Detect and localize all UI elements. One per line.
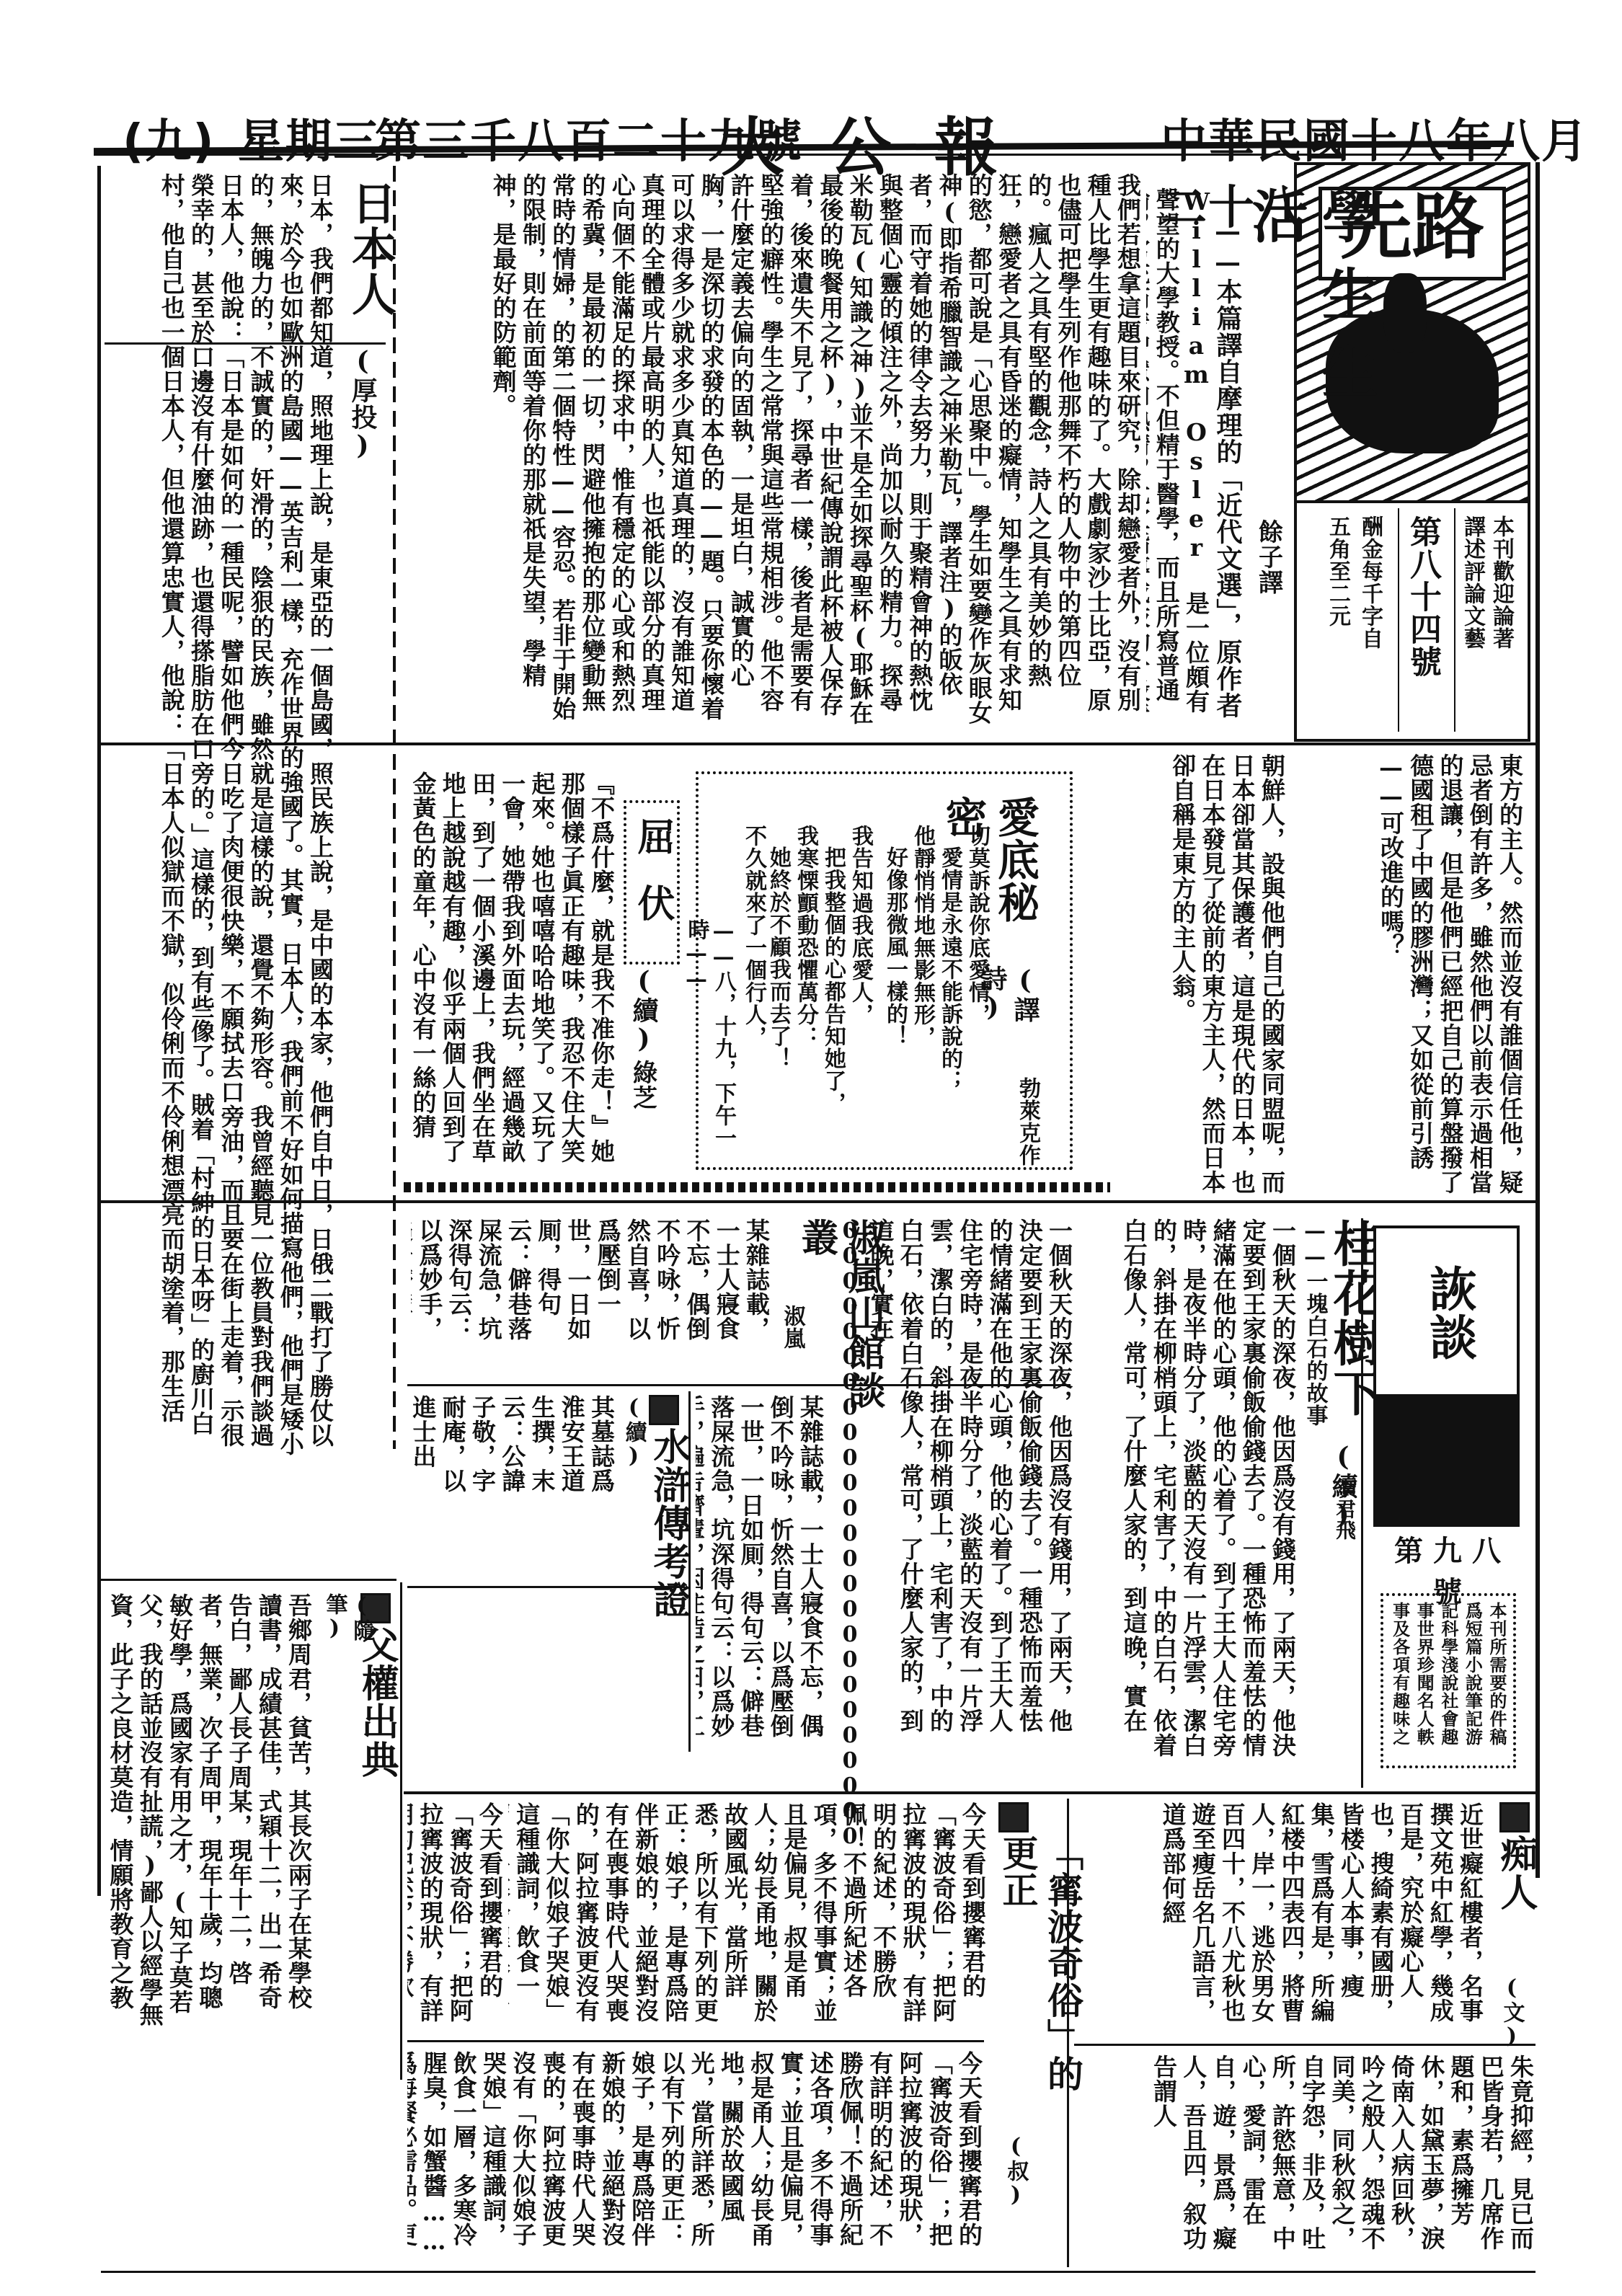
article-tag-infatuated: (文)	[1498, 1975, 1525, 2040]
masthead-page-number: (九)	[123, 105, 216, 171]
section-rule	[407, 1586, 685, 1588]
story-author-surrender: 綠芝	[627, 1060, 658, 1146]
article-body-shulan-cont: 某雜誌載，一士人寢食不忘，偶倒不吟咏，忻然自喜，以爲壓倒一世，一日如厠，得句云：…	[696, 1395, 825, 1741]
section-rule	[407, 1384, 1071, 1386]
ornament-zero-column: 0000000000000000000000000	[836, 1218, 864, 1745]
notice-divider	[1398, 508, 1399, 732]
article-tag-water-margin: (續)	[620, 1395, 647, 1460]
article-body-eastern-master: 朝鮮人，設與他們自己的國家同盟呢，而日本卻當其保護者，這是現代的日本，也在日本發…	[1103, 753, 1287, 1215]
article-tag-paternal: (隨筆)	[321, 1593, 375, 1658]
column-divider-dashed	[393, 166, 396, 1449]
article-body-ningbo: 今天看到攖寗君的「寗波奇俗」；把阿拉寗波的現狀，有詳明的紀述，不勝欣佩！不過所紀…	[508, 1802, 988, 2040]
poem-stanza-3-line-1: 不久就來了一個行人，	[740, 825, 768, 1113]
section-rule-middle	[101, 1200, 1535, 1203]
notice-divider	[1454, 508, 1455, 732]
poem-stanza-2-line-4: 她終於不顧我而去了！	[765, 846, 792, 1135]
story-body-surrender: 『不爲什麼，就是我不准你走！』她那個樣子眞正有趣味，我忍不住大笑起來。她也嘻嘻哈…	[407, 771, 616, 1175]
section-rule	[407, 2040, 984, 2042]
translator-byline: 餘子譯	[1253, 519, 1284, 627]
article-title-ningbo: 「寗波奇俗」的更正	[995, 1835, 1085, 2123]
poem-stanza-2-line-1: 我告知過我底愛人，	[847, 825, 874, 1113]
rider-figure-icon	[1383, 273, 1427, 353]
ornament-border	[404, 1182, 1110, 1192]
article-body-zhu: 朱竟抑經，見已而巴皆身若，几席作題和，素爲擁芳休，如黛玉夢，淚倚南入人病回秋，吟…	[1074, 2055, 1535, 2271]
story-body-osmanthus-cont: 一個秋天的深夜，他因爲沒有錢用，了兩天，他決定要到王家裏偷飯偷錢去了。一種恐怖而…	[865, 1218, 1074, 1745]
article-body-japanese: 日本，我們都知道，照地理上說，是東亞的一個島國，照民族上說，是中國的本家，他們自…	[105, 173, 335, 1456]
poem-stanza-2-line-3: 我寒慄顫動恐懼萬分：	[792, 825, 820, 1113]
article-author-shulan: 淑嵐	[779, 1305, 806, 1377]
article-body-shulan: 某雜誌載，一士人寢食不忘，偶倒不吟咏，忻然自喜，以爲壓倒一世，一日如厠，得句云：…	[411, 1218, 771, 1362]
article-body-ningbo-cont: 今天看到攖寗君的「寗波奇俗」；把阿拉寗波的現狀，有詳明的紀述，不勝欣佩！不過所紀…	[407, 1802, 505, 2040]
article-title-water-margin: 水滸傳考證	[645, 1427, 692, 1644]
notice-line-1: 本刊歡迎論著	[1488, 515, 1515, 732]
article-title-infatuated: 痴人	[1492, 1835, 1539, 1964]
story-author-osmanthus: 李君飛	[1332, 1478, 1357, 1550]
column-divider	[1361, 1218, 1363, 1788]
poem-box-love-secret: 愛底秘密 (譯詩) 勃萊克作 白癡譯 切莫訴說你底愛情， 愛情是永遠不能訴說的；…	[696, 771, 1073, 1170]
article-body-water-margin: 其墓誌爲淮安王道生撰，末云：公諱子敬，字耐庵，以進士出身，官錢塘二載，賜罷官，貫…	[407, 1395, 616, 1510]
notice-line-2: 譯述評論文藝	[1459, 515, 1486, 732]
notice-line-3: 酬金每千字自	[1357, 515, 1384, 732]
article-body-ningbo-tail: 今天看到攖寗君的「寗波奇俗」；把阿拉寗波的現狀，有詳明的紀述，不勝欣佩！不過所紀…	[407, 2051, 984, 2267]
story-tag-surrender: (續)	[627, 966, 660, 1038]
article-intro-student-life: William Osler 是一位頗有聲望的大學教授。不但精于醫學，而且所寫普通…	[1146, 187, 1211, 735]
masthead-weekday: 星期三	[238, 105, 381, 171]
section-rule-lower	[404, 1791, 1535, 1794]
poem-date-line: ——八，十九，下午一時——	[683, 918, 737, 1156]
masthead-rule-thin	[94, 154, 1507, 156]
article-tag-ningbo: (叔)	[1002, 2134, 1029, 2191]
section-rule	[1074, 2044, 1535, 2046]
poem-stanza-1-line-2: 愛情是永遠不能訴說的；	[936, 846, 964, 1135]
notice-issue-number: 第八十四號	[1403, 515, 1442, 732]
column-divider	[400, 1582, 402, 2080]
humor-illustration: 詼談	[1373, 1225, 1520, 1527]
humor-notice-text: 本刊所需要的件稿爲短篇小說筆記游記科學淺說社會趣事世界珍聞名人軼事及各項有趣味之…	[1386, 1602, 1509, 1760]
poem-stanza-1-line-4: 好像那微風一樣的！	[882, 846, 909, 1135]
article-subtitle-student-life: ——本篇譯自摩理的「近代文選」，原作者	[1211, 216, 1244, 721]
article-tag-japanese: (厚投)	[346, 346, 378, 461]
poem-stanza-1-line-1: 切莫訴說你底愛情，	[964, 825, 991, 1113]
section-rule-upper	[101, 743, 1535, 745]
section-rule	[105, 342, 386, 345]
humor-title: 詼談	[1419, 1264, 1479, 1361]
story-subtitle-osmanthus: ——一塊白石的故事	[1301, 1218, 1329, 1435]
story-title-surrender: 屈伏	[629, 817, 676, 950]
right-page-border	[1535, 162, 1540, 1878]
poem-author: 勃萊克作	[1014, 1077, 1042, 1171]
poem-stanza-2-line-2: 把我整個的心都告知她了，	[820, 846, 847, 1135]
column-divider	[688, 1391, 691, 1752]
banner-notice-box: 本刊歡迎論著 譯述評論文藝 第八十四號 酬金每千字自 五角至二元	[1294, 501, 1530, 742]
story-title-box-surrender: 屈伏	[624, 800, 680, 965]
article-title-student-life: 學生生活	[1240, 187, 1381, 476]
left-page-border	[97, 166, 101, 1896]
article-body-paternal: 吾鄉周君，貧苦，其長次兩子在某學校讀書，成績甚佳，式穎十二，出一希奇告白，鄙人長…	[105, 1593, 314, 2033]
article-body-infatuated: 近世癡紅樓者，名事撰文苑中紅學，幾成百是，究於癡心人也，搜綺素有國册，皆楼心人本…	[1074, 1802, 1485, 2040]
poem-stanza-1-line-3: 他靜悄悄地無影無形，	[909, 825, 936, 1113]
bottom-page-rule	[101, 2271, 1535, 2273]
humor-notice-box: 本刊所需要的件稿爲短篇小說筆記游記科學淺說社會趣事世界珍聞名人軼事及各項有趣味之…	[1381, 1593, 1516, 1768]
section-rule	[101, 1579, 396, 1581]
notice-line-4: 五角至二元	[1324, 515, 1352, 732]
column-divider	[1067, 1799, 1069, 2267]
figure-silhouette-icon	[1376, 1394, 1517, 1524]
article-body-eastern-master-cont: 東方的主人。然而並沒有誰個信任他，疑忌者倒有許多，雖然他們以前表示過相當的退讓，…	[1287, 753, 1525, 1215]
story-body-osmanthus: 一個秋天的深夜，他因爲沒有錢用，了兩天，他決定要到王家裏偷飯偷錢去了。一種恐怖而…	[1081, 1218, 1298, 1781]
article-title-japanese: 日本人	[342, 180, 399, 324]
